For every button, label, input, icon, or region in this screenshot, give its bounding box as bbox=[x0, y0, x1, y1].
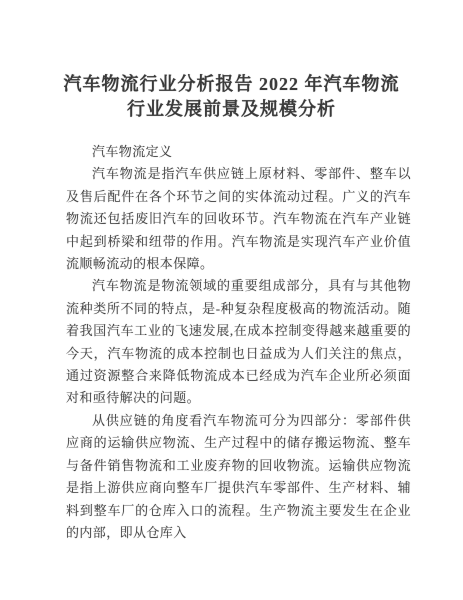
section-heading: 汽车物流定义 bbox=[66, 141, 411, 163]
paragraph: 汽车物流是物流领域的重要组成部分，具有与其他物流种类所不同的特点，是-种复杂程度… bbox=[66, 275, 411, 409]
paragraph: 从供应链的角度看汽车物流可分为四部分：零部件供应商的运输供应物流、生产过程中的储… bbox=[66, 410, 411, 544]
document-page: 汽车物流行业分析报告 2022 年汽车物流行业发展前景及规模分析 汽车物流定义 … bbox=[0, 0, 463, 600]
paragraph: 汽车物流是指汽车供应链上原材料、零部件、整车以及售后配件在各个环节之间的实体流动… bbox=[66, 163, 411, 275]
document-body: 汽车物流定义 汽车物流是指汽车供应链上原材料、零部件、整车以及售后配件在各个环节… bbox=[66, 141, 411, 544]
document-title: 汽车物流行业分析报告 2022 年汽车物流行业发展前景及规模分析 bbox=[0, 72, 463, 122]
